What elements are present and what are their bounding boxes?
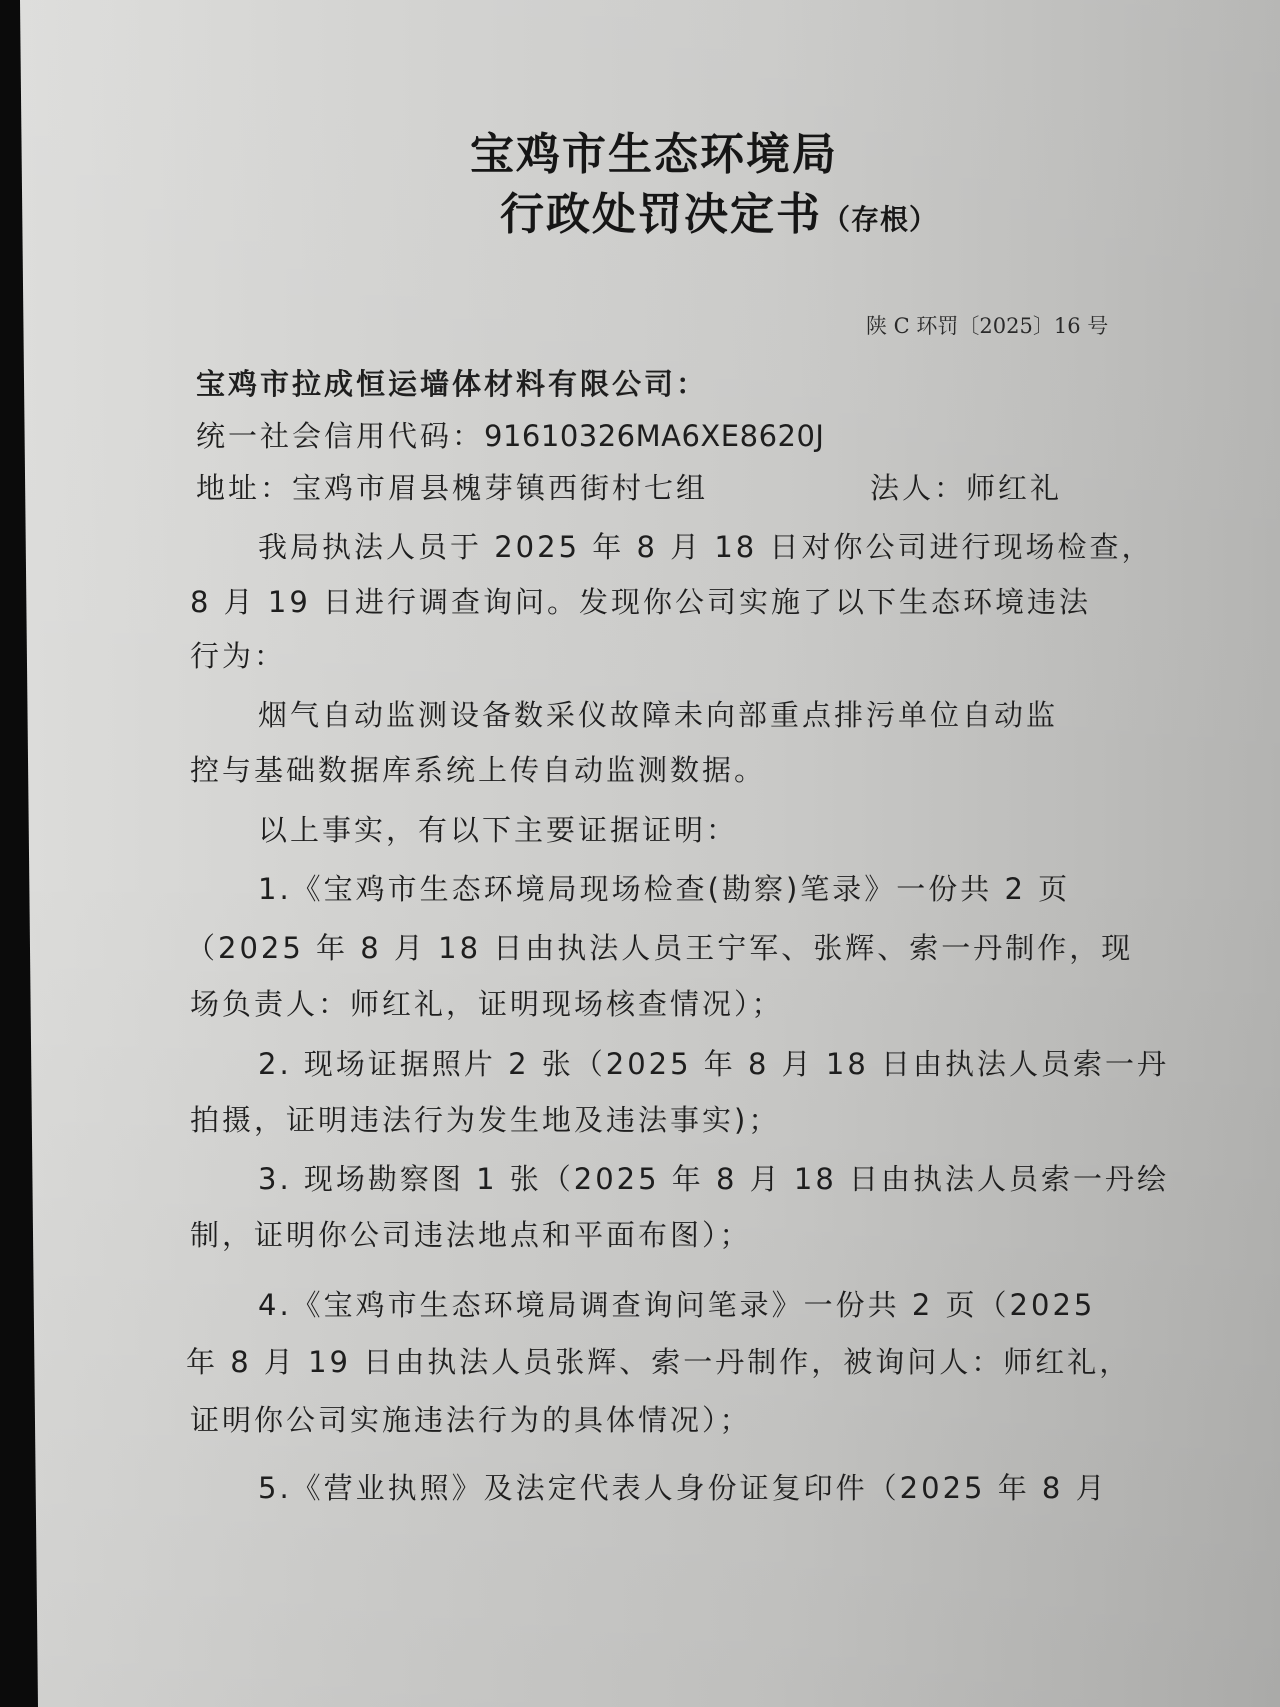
evidence-item-3-line-2: 制，证明你公司违法地点和平面布图）；	[190, 1213, 752, 1254]
credit-code-value: 91610326MA6XE8620J	[484, 419, 824, 453]
issuing-authority-title: 宝鸡市生态环境局	[470, 118, 838, 182]
credit-code-label: 统一社会信用代码：	[196, 419, 484, 453]
stub-label: （存根）	[822, 203, 938, 236]
address-line: 地址：宝鸡市眉县槐芽镇西街村七组	[196, 466, 708, 507]
evidence-intro: 以上事实，有以下主要证据证明：	[258, 808, 738, 849]
credit-code-line: 统一社会信用代码：91610326MA6XE8620J	[196, 414, 824, 455]
evidence-item-5-line-1: 5.《营业执照》及法定代表人身份证复印件（2025 年 8 月	[258, 1466, 1108, 1507]
evidence-item-4-line-2: 年 8 月 19 日由执法人员张辉、索一丹制作，被询问人：师红礼，	[186, 1340, 1131, 1381]
document-photo: 宝鸡市生态环境局 行政处罚决定书（存根） 陕 C 环罚〔2025〕16 号 宝鸡…	[0, 0, 1280, 1707]
evidence-item-3-line-1: 3. 现场勘察图 1 张（2025 年 8 月 18 日由执法人员索一丹绘	[258, 1157, 1169, 1198]
evidence-item-1-line-3: 场负责人：师红礼，证明现场核查情况）；	[190, 982, 784, 1023]
evidence-item-4-line-1: 4.《宝鸡市生态环境局调查询问笔录》一份共 2 页（2025	[258, 1283, 1095, 1324]
evidence-item-1-line-2: （2025 年 8 月 18 日由执法人员王宁军、张辉、索一丹制作，现	[186, 926, 1133, 967]
violation-line-2: 控与基础数据库系统上传自动监测数据。	[190, 748, 766, 789]
evidence-item-2-line-1: 2. 现场证据照片 2 张（2025 年 8 月 18 日由执法人员索一丹	[258, 1042, 1169, 1083]
legal-representative: 法人：师红礼	[870, 466, 1062, 507]
evidence-item-1-line-1: 1.《宝鸡市生态环境局现场检查(勘察)笔录》一份共 2 页	[258, 867, 1070, 908]
evidence-item-4-line-3: 证明你公司实施违法行为的具体情况）；	[190, 1398, 752, 1439]
body-line-3: 行为：	[190, 634, 286, 675]
document-type-text: 行政处罚决定书	[500, 189, 822, 240]
body-line-2: 8 月 19 日进行调查询问。发现你公司实施了以下生态环境违法	[190, 580, 1091, 621]
document-type-title: 行政处罚决定书（存根）	[500, 178, 938, 242]
evidence-item-2-line-2: 拍摄，证明违法行为发生地及违法事实)；	[190, 1098, 780, 1139]
violation-line-1: 烟气自动监测设备数采仪故障未向部重点排污单位自动监	[258, 693, 1058, 734]
penalty-decision-document: 宝鸡市生态环境局 行政处罚决定书（存根） 陕 C 环罚〔2025〕16 号 宝鸡…	[0, 0, 1280, 1707]
document-number: 陕 C 环罚〔2025〕16 号	[866, 310, 1108, 340]
body-line-1: 我局执法人员于 2025 年 8 月 18 日对你公司进行现场检查，	[258, 525, 1153, 566]
recipient-company: 宝鸡市拉成恒运墙体材料有限公司：	[196, 362, 708, 403]
